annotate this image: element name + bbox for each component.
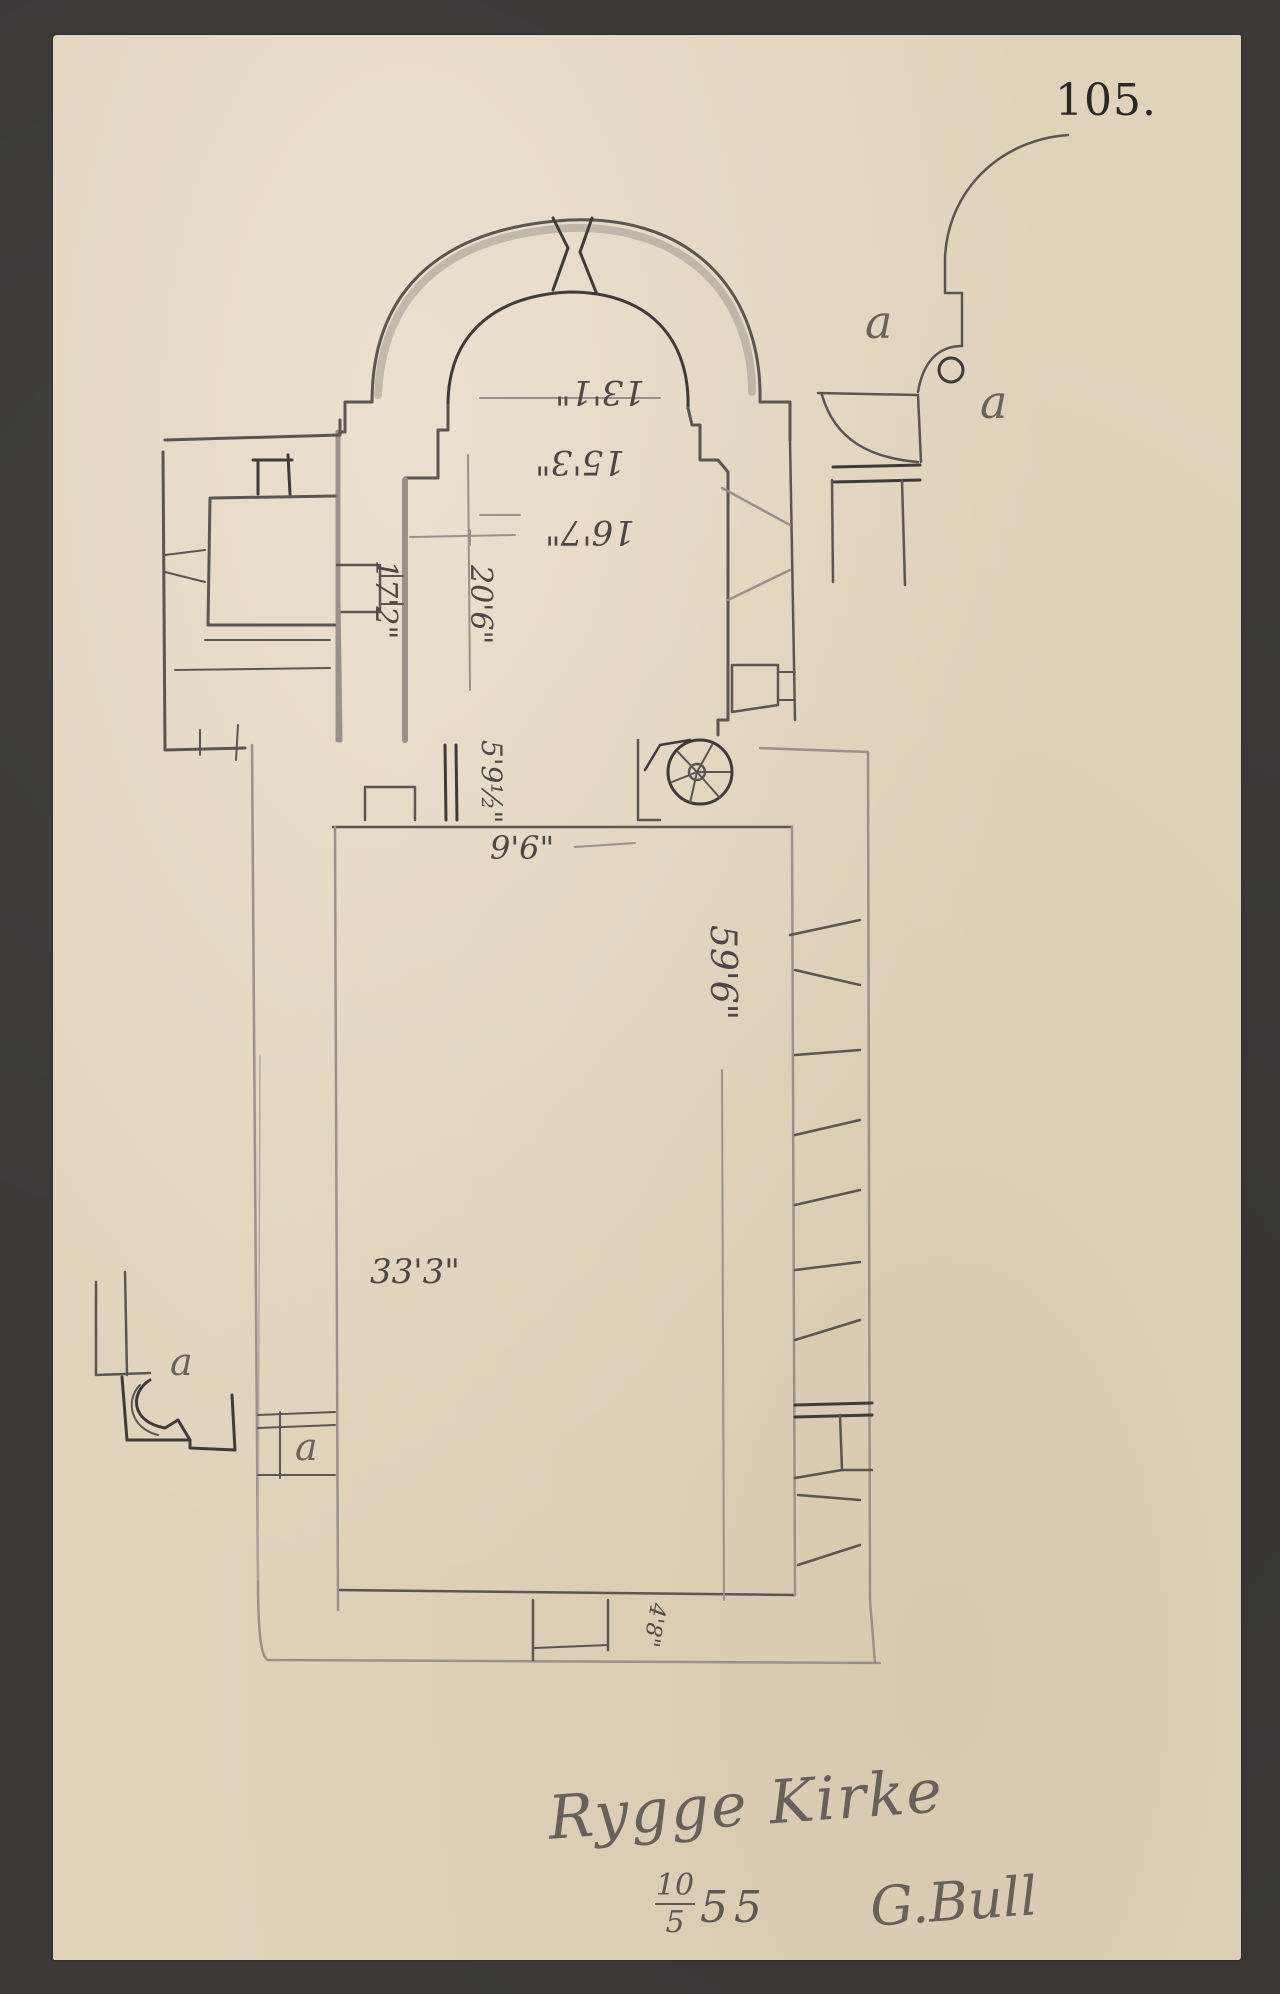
- moulding-profile-lower: [96, 1272, 235, 1450]
- date-fraction: 10 5: [655, 1868, 695, 1940]
- dimension-apse-width: 13'1": [555, 375, 645, 409]
- dimension-arch-wall-thickness: 5'9½": [477, 740, 505, 823]
- detail-marker-a: a: [170, 1340, 193, 1384]
- artist-signature: G.Bull: [868, 1864, 1039, 1939]
- moulding-profile-upper: [818, 135, 1068, 585]
- page-number: 105.: [1055, 75, 1157, 126]
- dimension-nave-width: 33'3": [370, 1255, 460, 1289]
- dimension-nave-length: 59'6": [704, 925, 740, 1020]
- north-annex: [163, 420, 403, 760]
- date-day: 10: [655, 1868, 695, 1905]
- dimension-chancel-width-upper: 15'3": [535, 445, 625, 479]
- date-month: 5: [655, 1905, 695, 1940]
- detail-marker-a: a: [980, 375, 1007, 429]
- dimension-chancel-length-b: 20'6": [465, 565, 495, 644]
- dimension-west-wall-thickness: 4'8": [639, 1601, 668, 1648]
- dimension-chancel-length-a: 17'2": [370, 560, 400, 639]
- chancel-arch-wall: [365, 740, 732, 820]
- nave-walls: [252, 745, 880, 1663]
- dimension-chancel-width-lower: 16'7": [545, 515, 635, 549]
- floor-plan-drawing: [0, 0, 1280, 1994]
- detail-marker-a: a: [295, 1425, 318, 1469]
- dimension-chancel-arch-opening: 9'6": [490, 832, 554, 864]
- detail-marker-a: a: [865, 295, 892, 349]
- date-year: 55: [700, 1882, 768, 1933]
